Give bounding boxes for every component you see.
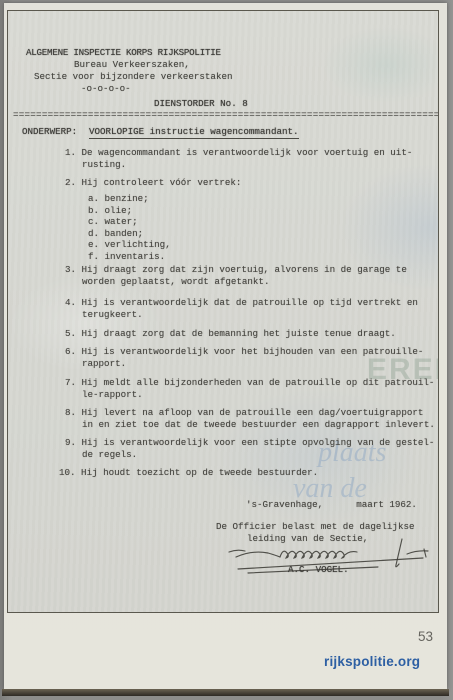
subject-title: VOORLOPIGE instructie wagencommandant. xyxy=(89,126,299,139)
item-8-line-1: 8. Hij levert na afloop van de patrouill… xyxy=(65,407,423,419)
separator-rule: ========================================… xyxy=(13,109,439,121)
item-10-line-1: 10. Hij houdt toezicht op de tweede best… xyxy=(59,467,318,479)
item-7-line-1: 7. Hij meldt alle bijzonderheden van de … xyxy=(65,377,434,389)
document-frame: ERENSTEIN plaats van de ALGEMENE INSPECT… xyxy=(7,10,439,613)
item-2-sub-a: a. benzine; xyxy=(88,193,149,205)
item-6-line-2: rapport. xyxy=(82,358,126,370)
item-3-line-1: 3. Hij draagt zorg dat zijn voertuig, al… xyxy=(65,264,407,276)
item-9-line-2: de regels. xyxy=(82,449,137,461)
item-9-line-1: 9. Hij is verantwoordelijk voor een stip… xyxy=(65,437,434,449)
org-divider: -o-o-o-o- xyxy=(81,83,131,95)
item-5-line-1: 5. Hij draagt zorg dat de bemanning het … xyxy=(65,328,396,340)
item-3-line-2: worden geplaatst, wordt afgetankt. xyxy=(82,276,269,288)
subject-label: ONDERWERP: xyxy=(22,126,77,138)
page-number: 53 xyxy=(418,629,433,644)
item-2-sub-f: f. inventaris. xyxy=(88,251,165,263)
item-1-line-1: 1. De wagencommandant is verantwoordelij… xyxy=(65,147,412,159)
org-name: ALGEMENE INSPECTIE KORPS RIJKSPOLITIE xyxy=(26,47,221,59)
signatory-name: A.C. VOGEL. xyxy=(288,564,349,576)
page-bottom-edge xyxy=(2,689,449,696)
item-2-sub-e: e. verlichting, xyxy=(88,239,171,251)
item-4-line-2: terugkeert. xyxy=(82,309,143,321)
book-page: ERENSTEIN plaats van de ALGEMENE INSPECT… xyxy=(4,3,447,689)
item-7-line-2: le-rapport. xyxy=(82,389,143,401)
item-2-sub-c: c. water; xyxy=(88,216,138,228)
signoff-line-1: De Officier belast met de dagelijkse xyxy=(216,521,414,533)
order-title: DIENSTORDER No. 8 xyxy=(154,98,248,110)
item-2-line-1: 2. Hij controleert vóór vertrek: xyxy=(65,177,241,189)
org-section: Sectie voor bijzondere verkeerstaken xyxy=(34,71,232,83)
org-bureau: Bureau Verkeerszaken, xyxy=(74,59,190,71)
item-2-sub-d: d. banden; xyxy=(88,228,143,240)
item-4-line-1: 4. Hij is verantwoordelijk dat de patrou… xyxy=(65,297,418,309)
place-date: 's-Gravenhage, maart 1962. xyxy=(246,499,417,511)
item-6-line-1: 6. Hij is verantwoordelijk voor het bijh… xyxy=(65,346,423,358)
item-2-sub-b: b. olie; xyxy=(88,205,132,217)
item-8-line-2: in en ziet toe dat de tweede bestuurder … xyxy=(82,419,435,431)
item-1-line-2: rusting. xyxy=(82,159,126,171)
rijkspolitie-org-watermark: rijkspolitie.org xyxy=(324,654,420,669)
scan-background: ERENSTEIN plaats van de ALGEMENE INSPECT… xyxy=(0,0,453,700)
